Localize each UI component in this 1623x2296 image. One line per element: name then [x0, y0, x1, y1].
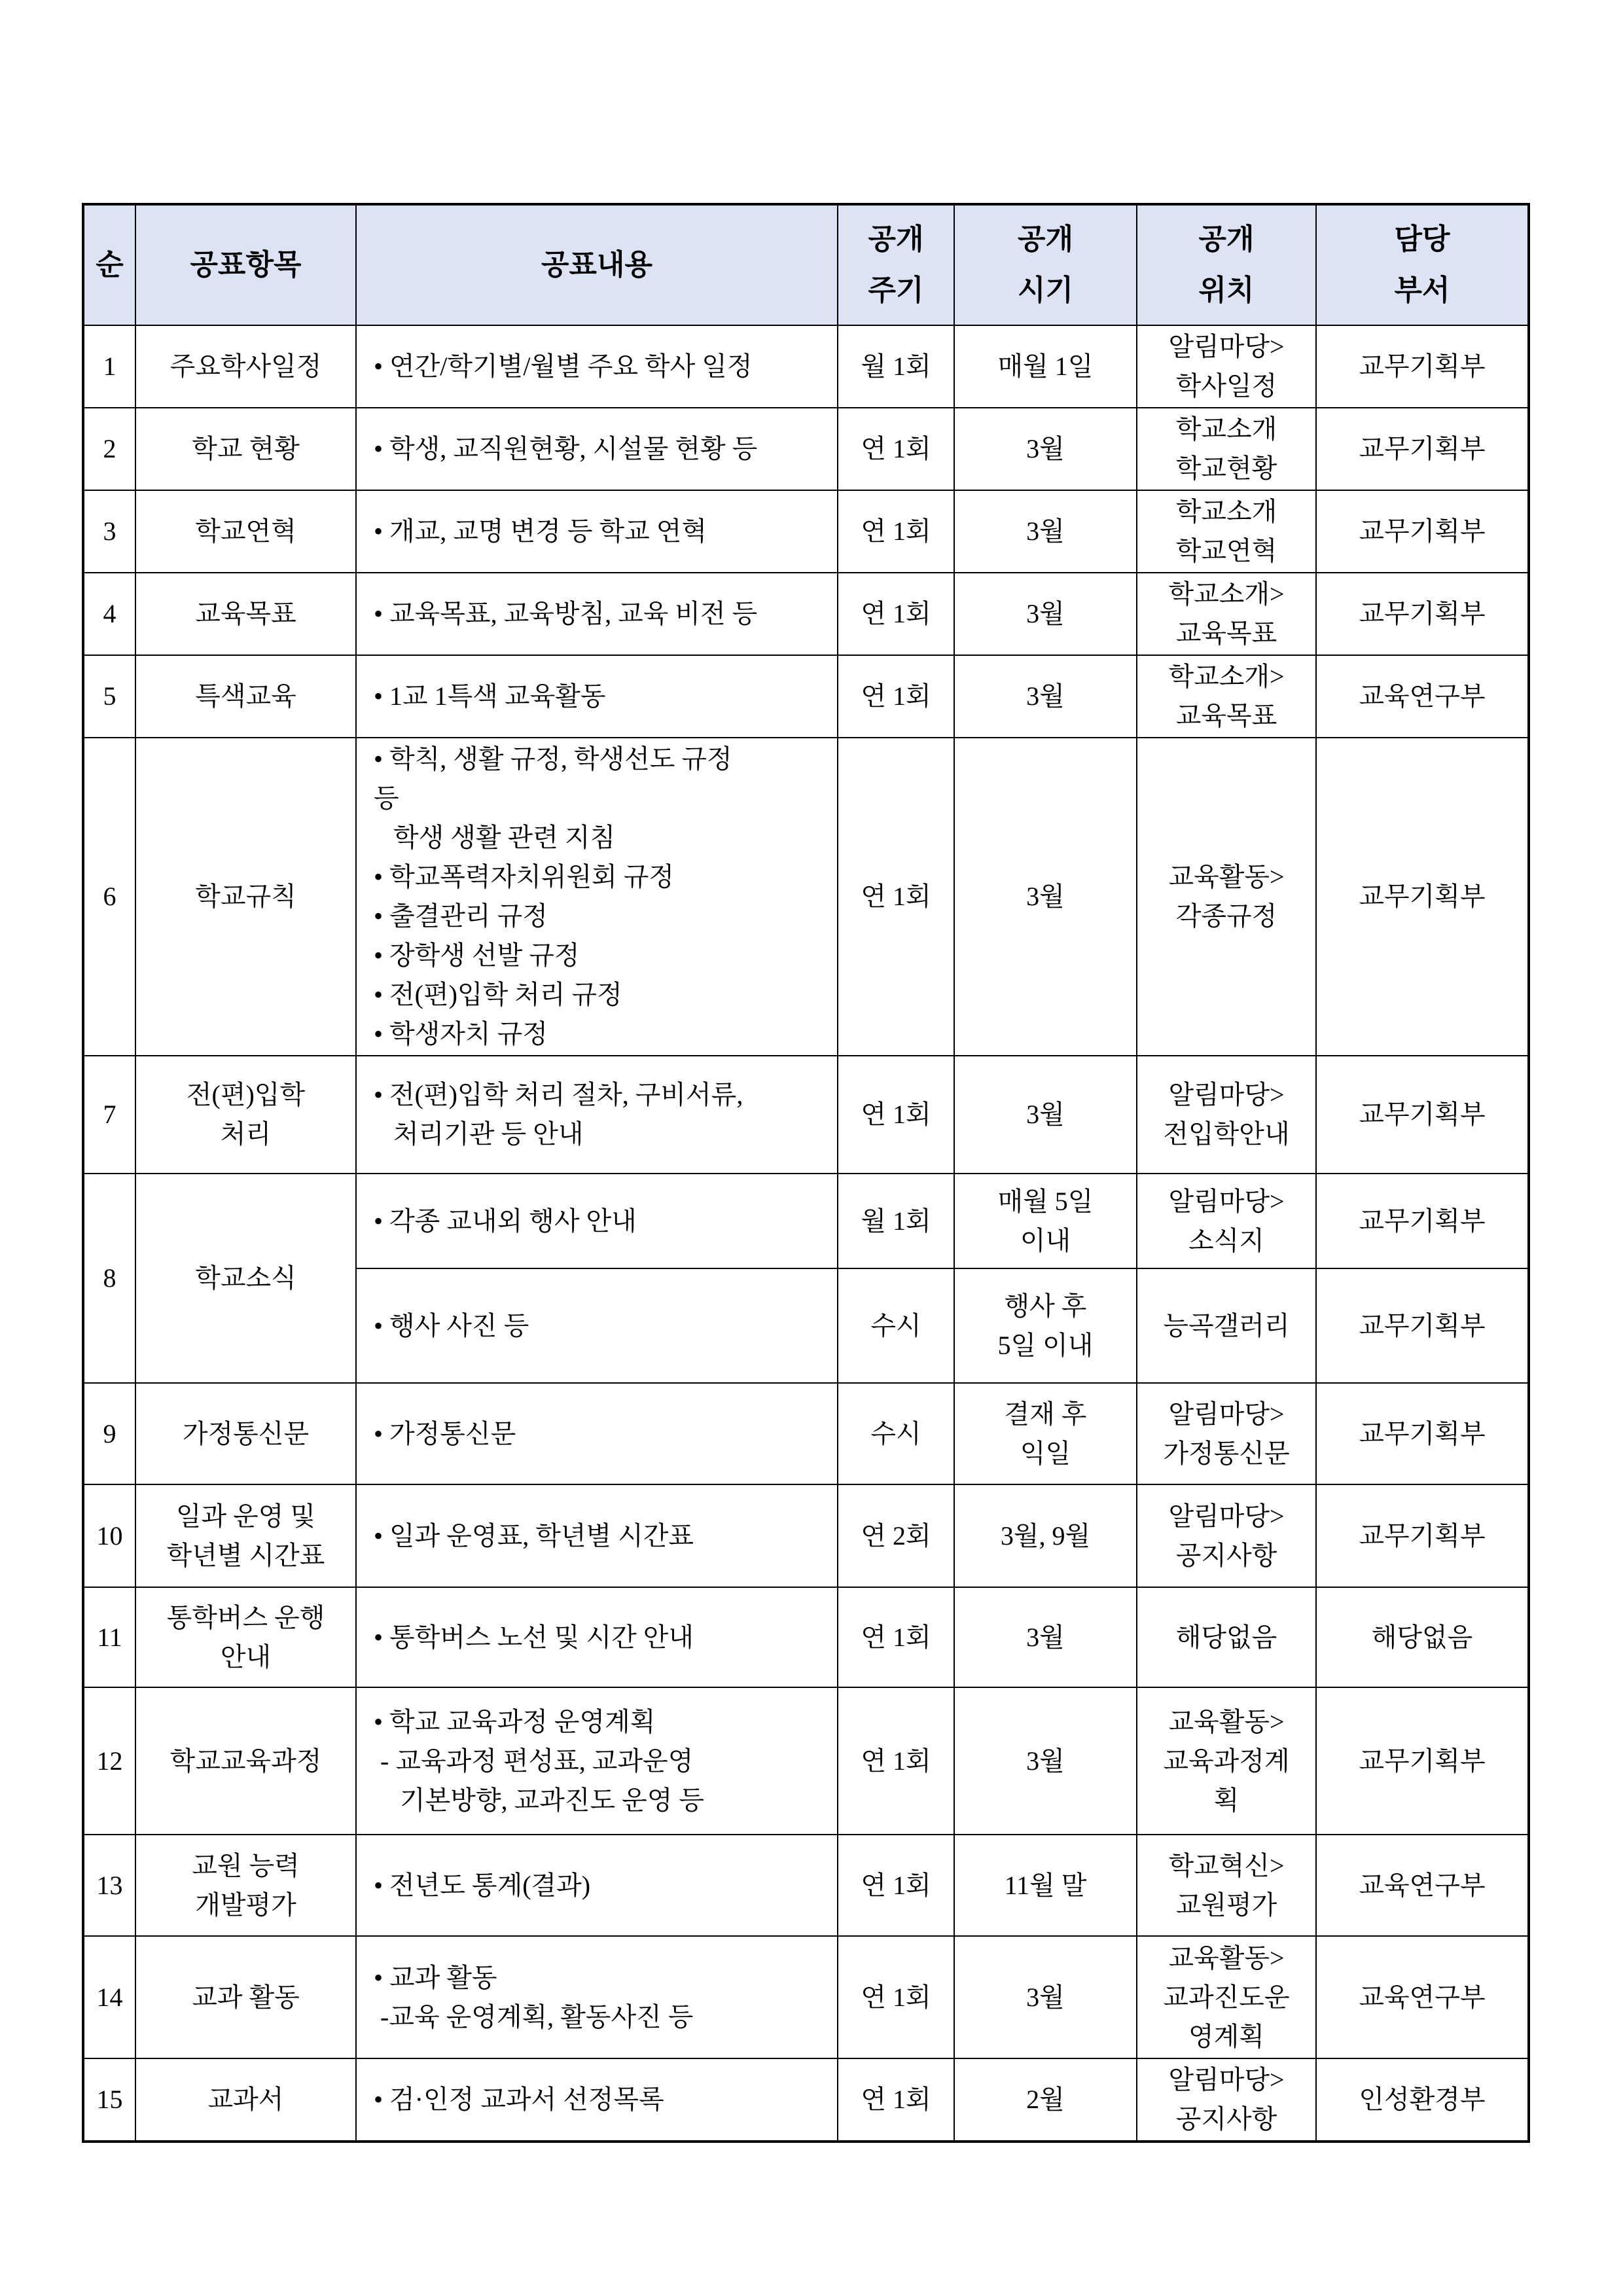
table-header-row: 순 공표항목 공표내용 공개 주기 공개 시기 공개 위치 담당 부서 — [83, 204, 1529, 325]
row-item: 학교연혁 — [135, 490, 356, 573]
row-item: 학교교육과정 — [135, 1687, 356, 1835]
row-no: 12 — [83, 1687, 135, 1835]
row-item: 교과서 — [135, 2058, 356, 2142]
row-item: 가정통신문 — [135, 1383, 356, 1484]
col-header-location: 공개 위치 — [1137, 204, 1316, 325]
table-row: 9 가정통신문 • 가정통신문 수시 결재 후 익일 알림마당> 가정통신문 교… — [83, 1383, 1529, 1484]
row-location: 알림마당> 가정통신문 — [1137, 1383, 1316, 1484]
row-dept: 교무기획부 — [1316, 408, 1529, 490]
table-row: 11 통학버스 운행 안내 • 통학버스 노선 및 시간 안내 연 1회 3월 … — [83, 1587, 1529, 1687]
row-location: 해당없음 — [1137, 1587, 1316, 1687]
row-item: 학교소식 — [135, 1174, 356, 1383]
row-timing: 3월 — [954, 1587, 1137, 1687]
table-row: 1 주요학사일정 • 연간/학기별/월별 주요 학사 일정 월 1회 매월 1일… — [83, 325, 1529, 408]
row-cycle: 수시 — [838, 1383, 954, 1484]
row-location: 알림마당> 전입학안내 — [1137, 1056, 1316, 1174]
row-item: 학교 현황 — [135, 408, 356, 490]
row-cycle: 연 1회 — [838, 2058, 954, 2142]
table-row: 6 학교규칙 • 학칙, 생활 규정, 학생선도 규정 등 학생 생활 관련 지… — [83, 738, 1529, 1056]
row-item: 통학버스 운행 안내 — [135, 1587, 356, 1687]
col-header-cycle: 공개 주기 — [838, 204, 954, 325]
row-timing: 매월 5일 이내 — [954, 1174, 1137, 1268]
row-timing: 11월 말 — [954, 1835, 1137, 1936]
row-location: 교육활동> 교과진도운 영계획 — [1137, 1936, 1316, 2058]
table-row: 13 교원 능력 개발평가 • 전년도 통계(결과) 연 1회 11월 말 학교… — [83, 1835, 1529, 1936]
table-row: 14 교과 활동 • 교과 활동 -교육 운영계획, 활동사진 등 연 1회 3… — [83, 1936, 1529, 2058]
col-header-no: 순 — [83, 204, 135, 325]
row-no: 13 — [83, 1835, 135, 1936]
row-content: • 가정통신문 — [356, 1383, 838, 1484]
row-timing: 매월 1일 — [954, 325, 1137, 408]
row-no: 2 — [83, 408, 135, 490]
row-cycle: 연 1회 — [838, 573, 954, 655]
row-item: 교육목표 — [135, 573, 356, 655]
row-location: 학교소개 학교연혁 — [1137, 490, 1316, 573]
row-dept: 교무기획부 — [1316, 573, 1529, 655]
row-content: • 일과 운영표, 학년별 시간표 — [356, 1484, 838, 1587]
row-no: 6 — [83, 738, 135, 1056]
row-cycle: 연 1회 — [838, 490, 954, 573]
row-location: 학교소개> 교육목표 — [1137, 573, 1316, 655]
row-timing: 3월 — [954, 408, 1137, 490]
col-header-timing: 공개 시기 — [954, 204, 1137, 325]
row-cycle: 연 1회 — [838, 738, 954, 1056]
table-row: 12 학교교육과정 • 학교 교육과정 운영계획 - 교육과정 편성표, 교과운… — [83, 1687, 1529, 1835]
row-content: • 개교, 교명 변경 등 학교 연혁 — [356, 490, 838, 573]
row-cycle: 연 2회 — [838, 1484, 954, 1587]
row-timing: 3월 — [954, 490, 1137, 573]
row-item: 주요학사일정 — [135, 325, 356, 408]
row-item: 교과 활동 — [135, 1936, 356, 2058]
col-header-content: 공표내용 — [356, 204, 838, 325]
row-dept: 해당없음 — [1316, 1587, 1529, 1687]
table-row: 5 특색교육 • 1교 1특색 교육활동 연 1회 3월 학교소개> 교육목표 … — [83, 655, 1529, 738]
row-cycle: 수시 — [838, 1268, 954, 1383]
table-row: 10 일과 운영 및 학년별 시간표 • 일과 운영표, 학년별 시간표 연 2… — [83, 1484, 1529, 1587]
row-item: 교원 능력 개발평가 — [135, 1835, 356, 1936]
row-no: 10 — [83, 1484, 135, 1587]
row-timing: 3월 — [954, 738, 1137, 1056]
row-timing: 3월 — [954, 1936, 1137, 2058]
row-timing: 3월 — [954, 573, 1137, 655]
row-cycle: 연 1회 — [838, 1687, 954, 1835]
row-location: 교육활동> 각종규정 — [1137, 738, 1316, 1056]
row-content: • 검·인정 교과서 선정목록 — [356, 2058, 838, 2142]
row-timing: 2월 — [954, 2058, 1137, 2142]
col-header-item: 공표항목 — [135, 204, 356, 325]
row-dept: 교무기획부 — [1316, 1056, 1529, 1174]
row-no: 15 — [83, 2058, 135, 2142]
row-dept: 교육연구부 — [1316, 655, 1529, 738]
row-no: 1 — [83, 325, 135, 408]
row-location: 학교혁신> 교원평가 — [1137, 1835, 1316, 1936]
row-location: 알림마당> 공지사항 — [1137, 2058, 1316, 2142]
row-dept: 교무기획부 — [1316, 1174, 1529, 1268]
row-dept: 교무기획부 — [1316, 490, 1529, 573]
table-row: 15 교과서 • 검·인정 교과서 선정목록 연 1회 2월 알림마당> 공지사… — [83, 2058, 1529, 2142]
table-row: 4 교육목표 • 교육목표, 교육방침, 교육 비전 등 연 1회 3월 학교소… — [83, 573, 1529, 655]
row-cycle: 연 1회 — [838, 1936, 954, 2058]
row-dept: 교무기획부 — [1316, 325, 1529, 408]
row-cycle: 연 1회 — [838, 1835, 954, 1936]
row-content: • 학생, 교직원현황, 시설물 현황 등 — [356, 408, 838, 490]
row-dept: 교육연구부 — [1316, 1936, 1529, 2058]
row-no: 5 — [83, 655, 135, 738]
row-content: • 각종 교내외 행사 안내 — [356, 1174, 838, 1268]
row-cycle: 연 1회 — [838, 1587, 954, 1687]
row-location: 학교소개 학교현황 — [1137, 408, 1316, 490]
table-row: 8 학교소식 • 각종 교내외 행사 안내 월 1회 매월 5일 이내 알림마당… — [83, 1174, 1529, 1268]
table-row: 2 학교 현황 • 학생, 교직원현황, 시설물 현황 등 연 1회 3월 학교… — [83, 408, 1529, 490]
row-location: 알림마당> 소식지 — [1137, 1174, 1316, 1268]
row-location: 알림마당> 공지사항 — [1137, 1484, 1316, 1587]
row-content: • 1교 1특색 교육활동 — [356, 655, 838, 738]
row-item: 일과 운영 및 학년별 시간표 — [135, 1484, 356, 1587]
row-no: 9 — [83, 1383, 135, 1484]
row-dept: 인성환경부 — [1316, 2058, 1529, 2142]
row-dept: 교무기획부 — [1316, 1484, 1529, 1587]
table-row: 3 학교연혁 • 개교, 교명 변경 등 학교 연혁 연 1회 3월 학교소개 … — [83, 490, 1529, 573]
row-timing: 행사 후 5일 이내 — [954, 1268, 1137, 1383]
row-no: 3 — [83, 490, 135, 573]
row-item: 학교규칙 — [135, 738, 356, 1056]
table-row: 7 전(편)입학 처리 • 전(편)입학 처리 절차, 구비서류, 처리기관 등… — [83, 1056, 1529, 1174]
row-timing: 3월 — [954, 655, 1137, 738]
row-no: 8 — [83, 1174, 135, 1383]
row-cycle: 월 1회 — [838, 325, 954, 408]
row-no: 7 — [83, 1056, 135, 1174]
row-dept: 교육연구부 — [1316, 1835, 1529, 1936]
row-dept: 교무기획부 — [1316, 738, 1529, 1056]
row-timing: 결재 후 익일 — [954, 1383, 1137, 1484]
row-location: 알림마당> 학사일정 — [1137, 325, 1316, 408]
row-content: • 교육목표, 교육방침, 교육 비전 등 — [356, 573, 838, 655]
disclosure-table: 순 공표항목 공표내용 공개 주기 공개 시기 공개 위치 담당 부서 1 주요… — [82, 203, 1530, 2143]
row-no: 4 — [83, 573, 135, 655]
document-page: 순 공표항목 공표내용 공개 주기 공개 시기 공개 위치 담당 부서 1 주요… — [0, 0, 1623, 2296]
row-no: 11 — [83, 1587, 135, 1687]
row-location: 능곡갤러리 — [1137, 1268, 1316, 1383]
row-cycle: 연 1회 — [838, 655, 954, 738]
row-cycle: 연 1회 — [838, 1056, 954, 1174]
col-header-dept: 담당 부서 — [1316, 204, 1529, 325]
row-timing: 3월 — [954, 1687, 1137, 1835]
row-content: • 전(편)입학 처리 절차, 구비서류, 처리기관 등 안내 — [356, 1056, 838, 1174]
row-cycle: 월 1회 — [838, 1174, 954, 1268]
row-dept: 교무기획부 — [1316, 1268, 1529, 1383]
row-location: 교육활동> 교육과정계 획 — [1137, 1687, 1316, 1835]
row-content: • 학칙, 생활 규정, 학생선도 규정 등 학생 생활 관련 지침 • 학교폭… — [356, 738, 838, 1056]
row-location: 학교소개> 교육목표 — [1137, 655, 1316, 738]
row-timing: 3월, 9월 — [954, 1484, 1137, 1587]
row-content: • 통학버스 노선 및 시간 안내 — [356, 1587, 838, 1687]
row-dept: 교무기획부 — [1316, 1687, 1529, 1835]
row-content: • 연간/학기별/월별 주요 학사 일정 — [356, 325, 838, 408]
row-content: • 교과 활동 -교육 운영계획, 활동사진 등 — [356, 1936, 838, 2058]
row-cycle: 연 1회 — [838, 408, 954, 490]
row-timing: 3월 — [954, 1056, 1137, 1174]
row-no: 14 — [83, 1936, 135, 2058]
row-item: 특색교육 — [135, 655, 356, 738]
row-dept: 교무기획부 — [1316, 1383, 1529, 1484]
row-content: • 학교 교육과정 운영계획 - 교육과정 편성표, 교과운영 기본방향, 교과… — [356, 1687, 838, 1835]
row-content: • 행사 사진 등 — [356, 1268, 838, 1383]
row-item: 전(편)입학 처리 — [135, 1056, 356, 1174]
row-content: • 전년도 통계(결과) — [356, 1835, 838, 1936]
